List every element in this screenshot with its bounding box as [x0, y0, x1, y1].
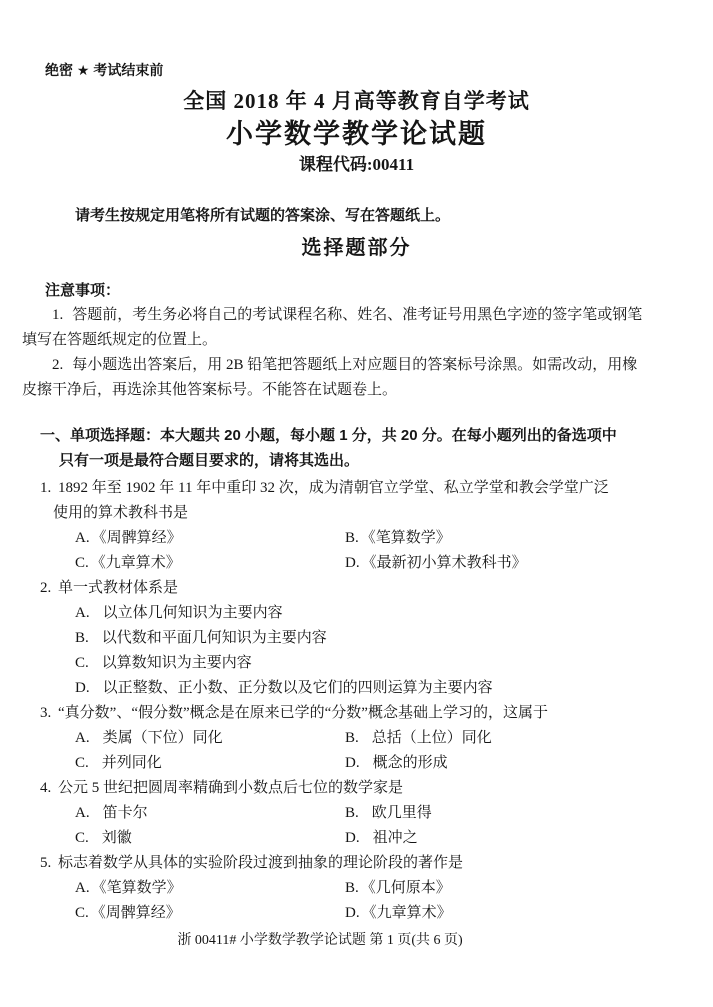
- question-text: 公元 5 世纪把圆周率精确到小数点后七位的数学家是: [58, 776, 403, 801]
- question-number: 4.: [40, 776, 58, 801]
- part-heading-line2: 只有一项是最符合题目要求的，请将其选出。: [59, 448, 713, 473]
- option-group: A.类属（下位）同化 B.总括（上位）同化 C.并列同化 D.概念的形成: [75, 726, 713, 776]
- notice-list: 1.答题前，考生务必将自己的考试课程名称、姓名、准考证号用黑色字迹的签字笔或钢笔…: [22, 303, 713, 403]
- question-text: “真分数”、“假分数”概念是在原来已学的“分数”概念基础上学习的，这属于: [58, 701, 548, 726]
- option-a: A.《周髀算经》: [75, 526, 345, 551]
- question-text: 单一式教材体系是: [58, 576, 178, 601]
- page-footer: 浙 00411# 小学数学教学论试题 第 1 页(共 6 页): [0, 931, 640, 951]
- notice-heading: 注意事项：: [45, 278, 713, 303]
- option-c: C.刘徽: [75, 826, 345, 851]
- question-1: 1. 1892 年至 1902 年 11 年中重印 32 次，成为清朝官立学堂、…: [0, 476, 713, 576]
- question-4: 4. 公元 5 世纪把圆周率精确到小数点后七位的数学家是 A.笛卡尔 B.欧几里…: [0, 776, 713, 851]
- part-heading: 一、单项选择题：本大题共 20 小题，每小题 1 分，共 20 分。在每小题列出…: [0, 423, 713, 473]
- option-b: B.以代数和平面几何知识为主要内容: [75, 626, 713, 651]
- notice-item: 1.答题前，考生务必将自己的考试课程名称、姓名、准考证号用黑色字迹的签字笔或钢笔…: [22, 303, 713, 353]
- option-group: A.以立体几何知识为主要内容 B.以代数和平面几何知识为主要内容 C.以算数知识…: [75, 601, 713, 701]
- question-2: 2. 单一式教材体系是 A.以立体几何知识为主要内容 B.以代数和平面几何知识为…: [0, 576, 713, 701]
- question-3: 3. “真分数”、“假分数”概念是在原来已学的“分数”概念基础上学习的，这属于 …: [0, 701, 713, 776]
- option-a: A.笛卡尔: [75, 801, 345, 826]
- option-b: B.《笔算数学》: [345, 526, 713, 551]
- notice-text: 答题前，考生务必将自己的考试课程名称、姓名、准考证号用黑色字迹的签字笔或钢笔: [72, 307, 642, 323]
- notice-number: 2.: [52, 357, 63, 373]
- question-text-wrap: 使用的算术教科书是: [53, 501, 713, 526]
- option-c: C.以算数知识为主要内容: [75, 651, 713, 676]
- option-group: A.笛卡尔 B.欧几里得 C.刘徽 D.祖冲之: [75, 801, 713, 851]
- option-a: A.类属（下位）同化: [75, 726, 345, 751]
- security-marking: 绝密 ★ 考试结束前: [45, 61, 713, 80]
- question-number: 2.: [40, 576, 58, 601]
- part-heading-line1: 一、单项选择题：本大题共 20 小题，每小题 1 分，共 20 分。在每小题列出…: [40, 423, 713, 448]
- option-b: B.《几何原本》: [345, 876, 713, 901]
- question-number: 1.: [40, 476, 58, 501]
- option-b: B.欧几里得: [345, 801, 713, 826]
- option-d: D.祖冲之: [345, 826, 713, 851]
- course-code: 课程代码:00411: [0, 153, 713, 177]
- option-d: D.《最新初小算术教科书》: [345, 551, 713, 576]
- paper-title: 小学数学教学论试题: [0, 116, 713, 152]
- exam-session-title: 全国 2018 年 4 月高等教育自学考试: [0, 87, 713, 115]
- option-group: A.《笔算数学》 B.《几何原本》 C.《周髀算经》 D.《九章算术》: [75, 876, 713, 926]
- answer-sheet-instruction: 请考生按规定用笔将所有试题的答案涂、写在答题纸上。: [75, 203, 713, 228]
- option-c: C.《周髀算经》: [75, 901, 345, 926]
- option-group: A.《周髀算经》 B.《笔算数学》 C.《九章算术》 D.《最新初小算术教科书》: [75, 526, 713, 576]
- question-number: 5.: [40, 851, 58, 876]
- notice-text-wrap: 填写在答题纸规定的位置上。: [22, 328, 713, 353]
- option-b: B.总括（上位）同化: [345, 726, 713, 751]
- option-d: D.《九章算术》: [345, 901, 713, 926]
- question-number: 3.: [40, 701, 58, 726]
- option-a: A.以立体几何知识为主要内容: [75, 601, 713, 626]
- notice-text: 每小题选出答案后，用 2B 铅笔把答题纸上对应题目的答案标号涂黑。如需改动，用橡: [72, 357, 637, 373]
- notice-item: 2.每小题选出答案后，用 2B 铅笔把答题纸上对应题目的答案标号涂黑。如需改动，…: [22, 353, 713, 403]
- option-c: C.并列同化: [75, 751, 345, 776]
- section-title: 选择题部分: [0, 233, 713, 263]
- option-d: D.概念的形成: [345, 751, 713, 776]
- question-list: 1. 1892 年至 1902 年 11 年中重印 32 次，成为清朝官立学堂、…: [0, 476, 713, 926]
- notice-number: 1.: [52, 307, 63, 323]
- question-text: 1892 年至 1902 年 11 年中重印 32 次，成为清朝官立学堂、私立学…: [58, 476, 609, 501]
- option-d: D.以正整数、正小数、正分数以及它们的四则运算为主要内容: [75, 676, 713, 701]
- question-text: 标志着数学从具体的实验阶段过渡到抽象的理论阶段的著作是: [58, 851, 463, 876]
- option-c: C.《九章算术》: [75, 551, 345, 576]
- exam-paper-page: 绝密 ★ 考试结束前 全国 2018 年 4 月高等教育自学考试 小学数学教学论…: [0, 0, 713, 1007]
- option-a: A.《笔算数学》: [75, 876, 345, 901]
- question-5: 5. 标志着数学从具体的实验阶段过渡到抽象的理论阶段的著作是 A.《笔算数学》 …: [0, 851, 713, 926]
- notice-text-wrap: 皮擦干净后，再选涂其他答案标号。不能答在试题卷上。: [22, 378, 713, 403]
